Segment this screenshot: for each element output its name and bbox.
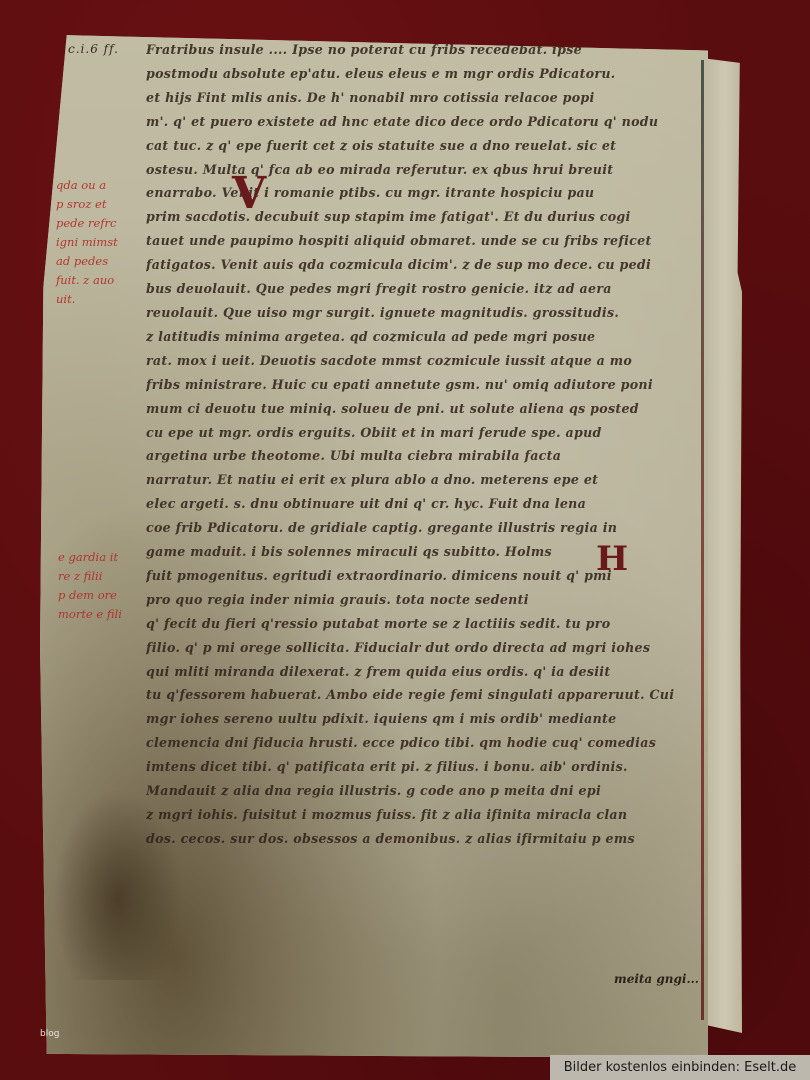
manuscript-line: clemencia dni fiducia hrusti. ecce pdico… <box>146 731 691 755</box>
manuscript-line: qui mliti miranda dilexerat. z frem quid… <box>146 660 691 684</box>
manuscript-line: dos. cecos. sur dos. obsessos a demonibu… <box>146 827 691 851</box>
decorated-initial-v: V <box>232 172 266 216</box>
binding-fold-line <box>701 60 704 1020</box>
manuscript-line: fribs ministrare. Huic cu epati annetute… <box>146 373 691 397</box>
marginal-note-upper: qda ou ap sroz etpede refrcigni mimstad … <box>56 176 156 309</box>
manuscript-line: reuolauit. Que uiso mgr surgit. ignuete … <box>146 301 691 325</box>
manuscript-line: Mandauit z alia dna regia illustris. g c… <box>146 779 691 803</box>
marginal-note-middle: e gardia itre z filiip dem oremorte e fi… <box>58 548 156 624</box>
marginal-note-line: pede refrc <box>56 214 156 233</box>
manuscript-line: mum ci deuotu tue miniq. solueu de pni. … <box>146 397 691 421</box>
manuscript-text-block: Fratribus insule .... Ipse no poterat cu… <box>146 38 691 851</box>
manuscript-line: z latitudis minima argetea. qd cozmicula… <box>146 325 691 349</box>
folio-mark: c.i.6 ff. <box>68 42 119 56</box>
manuscript-line: bus deuolauit. Que pedes mgri fregit ros… <box>146 277 691 301</box>
marginal-note-line: p sroz et <box>56 195 156 214</box>
manuscript-line: cu epe ut mgr. ordis erguits. Obiit et i… <box>146 421 691 445</box>
photo-background: c.i.6 ff. Fratribus insule .... Ipse no … <box>0 0 810 1080</box>
marginal-note-line: morte e fili <box>58 605 156 624</box>
manuscript-line: mgr iohes sereno uultu pdixit. iquiens q… <box>146 707 691 731</box>
manuscript-line: cat tuc. z q' epe fuerit cet z ois statu… <box>146 134 691 158</box>
manuscript-line: tu q'fessorem habuerat. Ambo eide regie … <box>146 683 691 707</box>
manuscript-line: imtens dicet tibi. q' patificata erit pi… <box>146 755 691 779</box>
manuscript-line: pro quo regia inder nimia grauis. tota n… <box>146 588 691 612</box>
marginal-note-line: re z filii <box>58 567 156 586</box>
decorated-initial-h: H <box>596 542 628 576</box>
marginal-note-line: qda ou a <box>56 176 156 195</box>
manuscript-line: elec argeti. s. dnu obtinuare uit dni q'… <box>146 492 691 516</box>
manuscript-line: z mgri iohis. fuisitut i mozmus fuiss. f… <box>146 803 691 827</box>
marginal-note-line: uit. <box>56 290 156 309</box>
marginal-note-line: e gardia it <box>58 548 156 567</box>
manuscript-line: et hijs Fint mlis anis. De h' nonabil mr… <box>146 86 691 110</box>
manuscript-line: fatigatos. Venit auis qda cozmicula dici… <box>146 253 691 277</box>
marginal-note-line: p dem ore <box>58 586 156 605</box>
manuscript-line: filio. q' p mi orege sollicita. Fiducial… <box>146 636 691 660</box>
manuscript-line: argetina urbe theotome. Ubi multa ciebra… <box>146 444 691 468</box>
manuscript-line: postmodu absolute ep'atu. eleus eleus e … <box>146 62 691 86</box>
manuscript-line: tauet unde paupimo hospiti aliquid obmar… <box>146 229 691 253</box>
manuscript-line: enarrabo. Venit i romanie ptibs. cu mgr.… <box>146 181 691 205</box>
manuscript-line: coe frib Pdicatoru. de gridiale captig. … <box>146 516 691 540</box>
credit-banner[interactable]: Bilder kostenlos einbinden: Eselt.de <box>550 1055 810 1080</box>
marginal-note-line: igni mimst <box>56 233 156 252</box>
marginal-note-line: fuit. z auo <box>56 271 156 290</box>
manuscript-line: rat. mox i ueit. Deuotis sacdote mmst co… <box>146 349 691 373</box>
catchword: meita gngi... <box>614 972 699 986</box>
watermark-blog: blog <box>40 1029 59 1039</box>
manuscript-line: q' fecit du fieri q'ressio putabat morte… <box>146 612 691 636</box>
manuscript-line: m'. q' et puero existete ad hnc etate di… <box>146 110 691 134</box>
manuscript-line: narratur. Et natiu ei erit ex plura ablo… <box>146 468 691 492</box>
manuscript-line: ostesu. Multa q' fca ab eo mirada referu… <box>146 158 691 182</box>
marginal-note-line: ad pedes <box>56 252 156 271</box>
manuscript-line: prim sacdotis. decubuit sup stapim ime f… <box>146 205 691 229</box>
manuscript-line: Fratribus insule .... Ipse no poterat cu… <box>146 38 691 62</box>
